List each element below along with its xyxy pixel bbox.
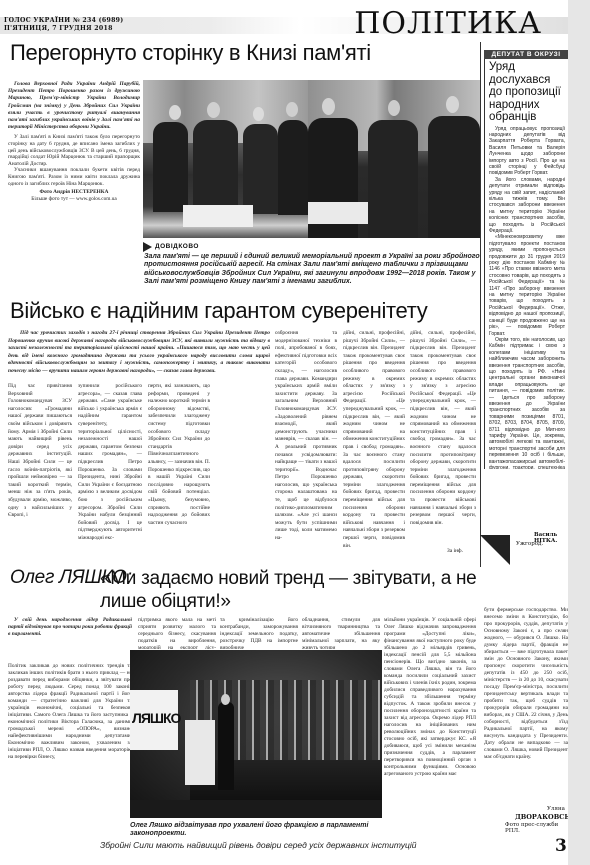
corner-triangle-icon <box>480 535 510 565</box>
memorial-photo-right <box>308 80 480 238</box>
triangle-marker-icon <box>143 242 152 252</box>
article3-column-2: підтримка якого мала на меті сприяти роз… <box>138 617 216 649</box>
deputy-sidebar: ДЕПУТАТ В ОКРУЗІ Уряд дослухався до проп… <box>484 50 568 469</box>
more-photos-link[interactable]: Більше фото тут — www.golos.com.ua <box>8 196 140 203</box>
article2-column-6: дійні, сильні, професійні, рішучі Збройн… <box>410 330 476 542</box>
masthead: ГОЛОС УКРАЇНИ № 234 (6989) П'ЯТНИЦЯ, 7 Г… <box>0 17 300 34</box>
newspaper-page: ГОЛОС УКРАЇНИ № 234 (6989) П'ЯТНИЦЯ, 7 Г… <box>0 0 568 865</box>
article2-column-2: зупинили російського агресора», — сказав… <box>78 383 142 558</box>
article2-lead: Під час урочистих заходів з нагоди 27-ї … <box>8 330 270 380</box>
article1-paragraph: У Залі пам'яті в Книзі пам'яті також бул… <box>8 134 140 167</box>
article1-headline: Перегорнуто сторінку в Книзі пам'яті <box>10 40 371 66</box>
article3-column-1: Політик закликав до нових політичних тре… <box>8 663 132 828</box>
page-number: 3 <box>555 836 567 856</box>
article3-column-5: мільйони українців. У соціальній сфері О… <box>384 617 476 833</box>
article3-headline-quote: «Ми задаємо новий тренд — звітувати, а н… <box>100 567 480 613</box>
article1-lead: Голова Верховної Ради України Андрій Пар… <box>8 81 140 131</box>
sidebar-city: Ужгород. <box>516 541 543 547</box>
article2-column-5: дійні, сильні, професійні, рішучі Збройн… <box>343 330 405 548</box>
photo-credit: Фото Андрія НЕСТЕРЕНКА <box>8 189 140 196</box>
article2-column-3: перти, які зазначають, що реформи, прове… <box>148 383 210 558</box>
rally-photo: ЛЯШКО <box>130 650 382 818</box>
sidebar-paragraph: За його словами, народні депутати отрима… <box>489 177 565 235</box>
article3-photo-credit: Фото прес-служби РПЛ. <box>505 822 568 834</box>
memorial-photo <box>143 80 308 238</box>
party-banner: ЛЯШКО <box>130 690 178 750</box>
page-gutter <box>568 0 590 865</box>
issue-date: П'ЯТНИЦЯ, 7 ГРУДНЯ 2018 <box>4 25 300 33</box>
footer-tagline: Збройні Сили мають найвищий рівень довір… <box>100 840 416 850</box>
author-firstname: Уляна <box>547 806 565 812</box>
article1-paragraph: Учасники вшанування поклали букети квіті… <box>8 167 140 187</box>
rally-photo-caption: Олег Ляшко відзвітував про ухвалені його… <box>130 822 382 838</box>
article3-column-3: та криміналізацію його контрабанди, замо… <box>220 617 298 649</box>
section-title: ПОЛІТИКА <box>354 6 542 41</box>
article3-lead: У свій день народження лідер Радикальної… <box>8 617 132 638</box>
article2-column-1: Під час привітання Верховний Головнокома… <box>8 383 72 558</box>
article2-headline: Військо є надійним гарантом суверенітету <box>10 298 427 324</box>
sidebar-paragraph: Уряд опрацьовує пропозиції народних депу… <box>489 126 565 177</box>
banner-text: ЛЯШКО <box>132 710 180 726</box>
dovidkovo-text: Зала пам'яті — це перший і єдиний велики… <box>144 253 480 287</box>
headline-quote: «Ми задаємо новий тренд — звітувати, а н… <box>100 568 476 612</box>
sidebar-paragraph: Окрім того, він наголосив, що Кабмін під… <box>489 337 565 469</box>
column-divider <box>480 42 481 567</box>
issue-number: ГОЛОС УКРАЇНИ № 234 (6989) <box>4 17 300 25</box>
article3-column-4: обладнання, стимули для вітчизняного тва… <box>302 617 380 649</box>
article2-source: За інф. <box>447 548 463 554</box>
sidebar-headline: Уряд дослухався до пропозиції народних о… <box>485 59 568 124</box>
sidebar-label: ДЕПУТАТ В ОКРУЗІ <box>484 50 568 59</box>
dovidkovo-label: ДОВІДКОВО <box>155 243 199 250</box>
podium <box>185 720 215 785</box>
article3-column-6: бути фермерське господарство. Ми внесемо… <box>484 607 568 803</box>
sidebar-paragraph: «Мінекономрозвитку вже підготувало проек… <box>489 234 565 337</box>
article2-column-4: озброєння та модернізованої техніки в по… <box>275 330 337 558</box>
